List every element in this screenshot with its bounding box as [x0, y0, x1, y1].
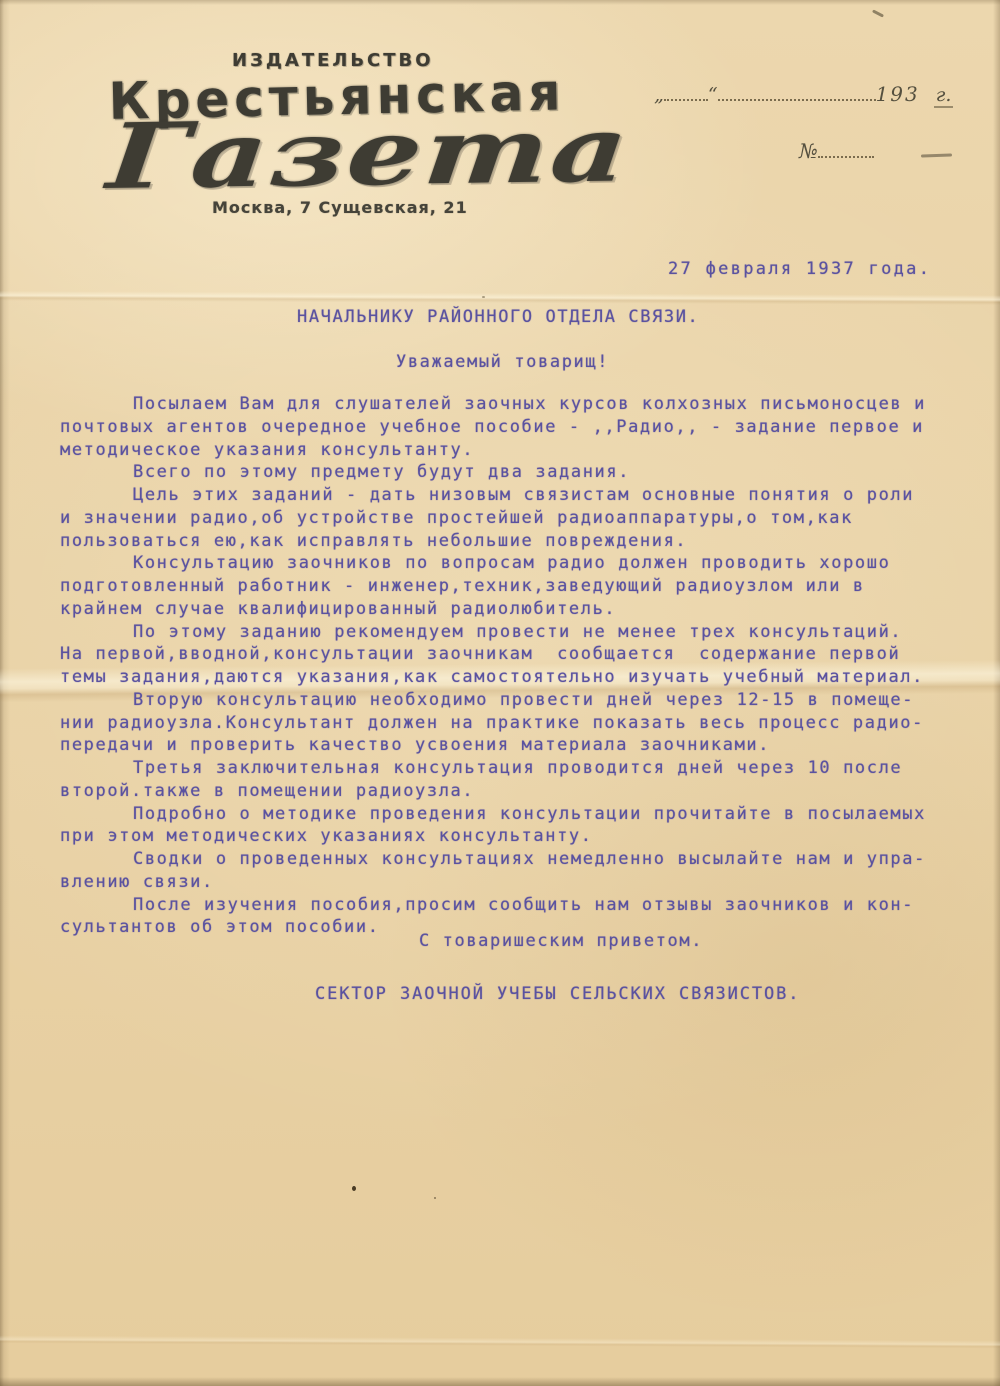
blank-date-field: „“193г.	[654, 82, 953, 104]
dotted-leader	[664, 85, 708, 101]
letter-line: Посылаем Вам для слушателей заочных курс…	[60, 393, 960, 416]
letter-line: Подробно о методике проведения консульта…	[60, 803, 960, 826]
paper-edge-bottom	[0, 1377, 1000, 1386]
paper-edge-top	[0, 0, 1000, 5]
letter-line: пользоваться ею,как исправлять небольшие…	[60, 530, 960, 553]
letter-line: После изучения пособия,просим сообщить н…	[60, 894, 960, 917]
dirt-speck	[482, 296, 485, 298]
letter-date: 27 февраля 1937 года.	[668, 259, 931, 279]
letter-line: при этом методических указаниях консульт…	[60, 825, 960, 848]
letter-signature: СЕКТОР ЗАОЧНОЙ УЧЕБЫ СЕЛЬСКИХ СВЯЗИСТОВ.	[315, 984, 800, 1004]
letter-line: подготовленный работник - инженер,техник…	[60, 575, 960, 598]
letter-line: Консультацию заочников по вопросам радио…	[60, 552, 960, 575]
dotted-leader	[718, 85, 876, 101]
letter-line: влению связи.	[60, 871, 960, 894]
letter-recipient: НАЧАЛЬНИКУ РАЙОННОГО ОТДЕЛА СВЯЗИ.	[297, 307, 699, 327]
letterhead-title-line2: Газета	[104, 104, 634, 202]
letter-line: методическое указания консультанту.	[60, 439, 960, 462]
pen-dash	[921, 153, 952, 157]
dirt-speck	[434, 1197, 436, 1199]
letter-closing: С товаришеским приветом.	[419, 931, 703, 951]
ink-scratch	[872, 9, 884, 17]
letter-line: На первой,вводной,консультации заочникам…	[60, 643, 960, 666]
close-quote: “	[708, 84, 718, 106]
fold-crease-lower	[0, 1335, 1000, 1348]
letter-salutation: Уважаемый товарищ!	[396, 352, 609, 372]
year-stub: 193	[876, 82, 920, 106]
dirt-speck	[352, 1186, 356, 1191]
letter-line: Сводки о проведенных консультациях немед…	[60, 848, 960, 871]
number-sign: №	[799, 139, 818, 163]
open-quote: „	[654, 84, 664, 106]
dotted-leader	[818, 142, 874, 158]
letter-line: темы задания,даются указания,как самосто…	[60, 666, 960, 689]
letter-line: передачи и проверить качество усвоения м…	[60, 734, 960, 757]
letter-line: Цель этих заданий - дать низовым связист…	[60, 484, 960, 507]
letter-line: Третья заключительная консультация прово…	[60, 757, 960, 780]
letter-line: почтовых агентов очередное учебное пособ…	[60, 416, 960, 439]
fold-crease-upper	[0, 291, 1000, 305]
letter-line: Всего по этому предмету будут два задани…	[60, 461, 960, 484]
letter-line: По этому заданию рекомендуем провести не…	[60, 621, 960, 644]
letterhead-address: Москва, 7 Сущевская, 21	[212, 198, 468, 217]
scanned-letter-page: ИЗДАТЕЛЬСТВО Крестьянская Газета Москва,…	[0, 0, 1000, 1386]
blank-number-field: №	[799, 139, 874, 161]
letter-line: второй.также в помещении радиоузла.	[60, 780, 960, 803]
letter-line: крайнем случае квалифицированный радиолю…	[60, 598, 960, 621]
year-suffix: г.	[934, 84, 954, 108]
letter-line: и значении радио,об устройстве простейше…	[60, 507, 960, 530]
letter-body: Посылаем Вам для слушателей заочных курс…	[60, 393, 960, 939]
letter-line: нии радиоузла.Консультант должен на прак…	[60, 712, 960, 735]
letter-line: Вторую консультацию необходимо провести …	[60, 689, 960, 712]
